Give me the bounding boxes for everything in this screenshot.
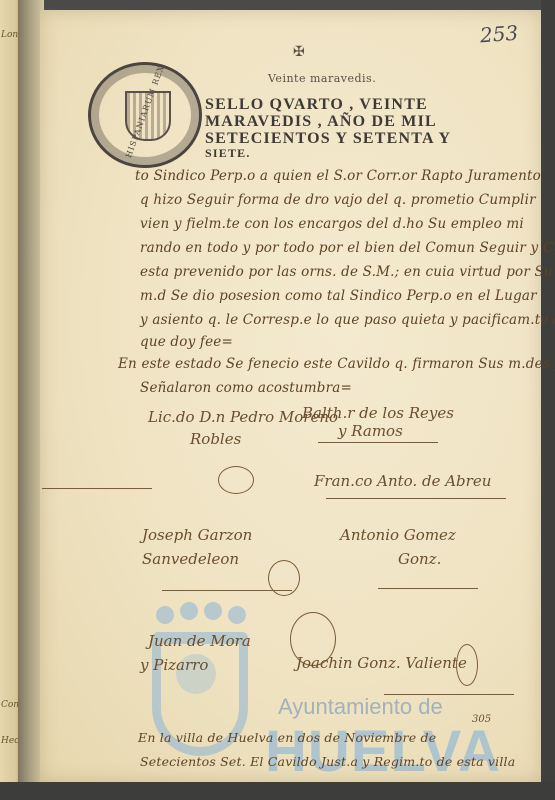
signature: Joseph Garzon [142,526,252,544]
signature: Fran.co Anto. de Abreu [314,472,491,490]
signature-flourish [378,588,478,589]
crown-icon [156,602,250,630]
margin-rule [42,488,152,489]
royal-seal-icon: HISPANIARUM REX [88,62,202,168]
watermark-text: Ayuntamiento de [278,694,443,720]
body-line: m.d Se dio posesion como tal Sindico Per… [140,288,537,304]
body-line: rando en todo y por todo por el bien del… [140,240,555,256]
signature-flourish [326,498,506,499]
watermark-title: HUELVA [265,718,501,785]
stamp-line: MARAVEDIS , AÑO DE MIL [205,113,437,131]
rubric-flourish [456,644,478,686]
stamp-line: SIETE. [205,146,251,161]
body-line: que doy fee= [140,334,233,350]
closing-line: Señalaron como acostumbra= [140,380,352,396]
signature-line2: y Pizarro [140,656,208,674]
body-line: to Sindico Perp.o a quien el S.or Corr.o… [135,168,541,184]
body-line: esta prevenido por las orns. de S.M.; en… [140,264,553,280]
scan-background-right [541,0,555,800]
signature: Antonio Gomez [340,526,456,544]
body-line: vien y fielm.te con los encargos del d.h… [140,216,524,232]
stamp-line: SELLO QVARTO , VEINTE [205,96,428,114]
signature: Juan de Mora [148,632,251,650]
body-line: q hizo Seguir forma de dro vajo del q. p… [140,192,536,208]
signature: Balth.r de los Reyes [302,404,454,422]
signature-line2: Sanvedeleon [142,550,239,568]
body-line: y asiento q. le Corresp.e lo que paso qu… [140,312,555,328]
rubric-flourish [218,466,254,494]
signature-flourish [162,590,292,591]
folio-number: 253 [479,21,519,48]
signature-flourish [318,442,438,443]
signature-line2: y Ramos [338,422,403,440]
signature: Joachin Gonz. Valiente [296,654,467,672]
signature-line2: Robles [190,430,241,448]
footer-line: En la villa de Huelva en dos de Noviembr… [138,730,436,745]
stamp-value: Veinte maravedis. [268,72,376,85]
closing-line: En este estado Se fenecio este Cavildo q… [118,356,555,372]
footer-line: Setecientos Set. El Cavildo Just.a y Reg… [140,754,515,769]
archive-page-number: 305 [472,714,491,725]
signature-line2: Gonz. [398,550,441,568]
coat-of-arms-icon [125,91,171,141]
cross-icon: ✠ [293,44,305,60]
